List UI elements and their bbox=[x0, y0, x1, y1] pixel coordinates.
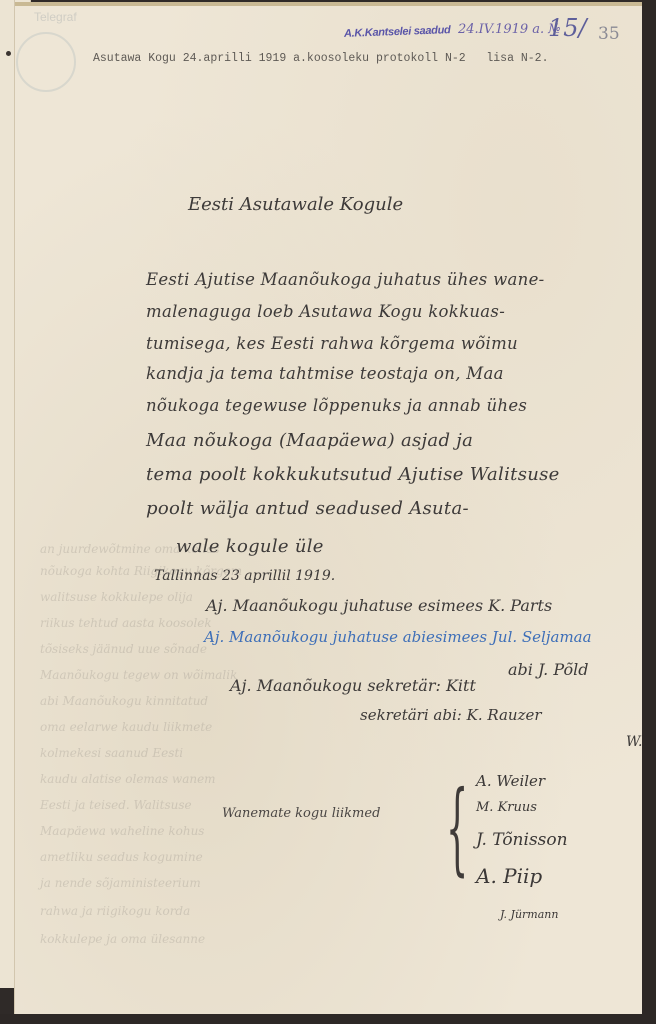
signature-role: abi bbox=[508, 660, 533, 679]
body-line: nõukoga tegewuse lõppenuks ja annab ühes bbox=[146, 396, 527, 415]
scan-background-bottom bbox=[0, 1014, 656, 1024]
body-line: wale kogule üle bbox=[176, 536, 324, 557]
signature-role: Aj. Maanõukogu sekretär: bbox=[230, 676, 441, 695]
body-line: malenaguga loeb Asutawa Kogu kokkuas- bbox=[146, 302, 505, 321]
stamp-date: 24.IV.1919 a. № bbox=[458, 22, 561, 37]
witness-signature: J. Jürmann bbox=[500, 908, 558, 921]
bleed-through-line: abi Maanõukogu kinnitatud bbox=[40, 694, 208, 708]
witness-signature: M. Kruus bbox=[476, 800, 537, 815]
bleed-through-line: ametliku seadus kogumine bbox=[40, 850, 203, 864]
signature-role: Aj. Maanõukogu juhatuse abiesimees bbox=[204, 628, 487, 646]
bleed-through-line: walitsuse kokkulepe olija bbox=[40, 590, 193, 604]
signature-name: Jul. Seljamaa bbox=[492, 628, 592, 646]
signature-name: Kitt bbox=[446, 676, 476, 695]
body-line: poolt wälja antud seadused Asuta- bbox=[146, 498, 469, 519]
body-line: tema poolt kokkukutsutud Ajutise Walitsu… bbox=[146, 464, 560, 485]
bleed-through-line: kokkulepe ja oma ülesanne bbox=[40, 932, 205, 946]
signature-assistant: abi J. Põld bbox=[508, 660, 588, 679]
signature-chairman: Aj. Maanõukogu juhatuse esimees K. Parts bbox=[206, 596, 552, 615]
place-date-line: Tallinnas 23 aprillil 1919. bbox=[154, 568, 335, 584]
body-line: kandja ja tema tahtmise teostaja on, Maa bbox=[146, 364, 504, 383]
faint-stamp-label: Telegraf bbox=[34, 10, 77, 24]
bleed-through-line: rahwa ja riigikogu korda bbox=[40, 904, 190, 918]
binding-hole bbox=[6, 51, 11, 56]
bleed-through-line: Maanõukogu tegew on wõimalik bbox=[40, 668, 237, 682]
signature-vice-chairman: Aj. Maanõukogu juhatuse abiesimees Jul. … bbox=[204, 628, 592, 646]
curly-brace-icon: { bbox=[446, 772, 454, 884]
witness-signature: A. Weiler bbox=[476, 772, 545, 790]
signature-role: sekretäri abi: bbox=[360, 706, 462, 724]
scan-background-right bbox=[642, 0, 656, 1024]
typed-header: Asutawa Kogu 24.aprilli 1919 a.koosoleku… bbox=[93, 52, 548, 65]
bleed-through-line: ja nende sõjaministeerium bbox=[40, 876, 201, 890]
body-line: tumisega, kes Eesti rahwa kõrgema wõimu bbox=[146, 334, 518, 353]
stamp-number-sub: 35 bbox=[598, 24, 620, 44]
body-line: Eesti Ajutise Maanõukoga juhatus ühes wa… bbox=[146, 270, 545, 289]
signature-name: K. Parts bbox=[488, 596, 552, 615]
bleed-through-line: Eesti ja teised. Walitsuse bbox=[40, 798, 192, 812]
bleed-through-line: kolmekesi saanud Eesti bbox=[40, 746, 183, 760]
addressee: Eesti Asutawale Kogule bbox=[188, 194, 403, 215]
signature-secretary: Aj. Maanõukogu sekretär: Kitt bbox=[230, 676, 476, 695]
bleed-through-line: kaudu alatise olemas wanem bbox=[40, 772, 216, 786]
signature-role: Aj. Maanõukogu juhatuse esimees bbox=[206, 596, 483, 615]
signature-name: J. Põld bbox=[538, 660, 588, 679]
bleed-through-line: oma eelarwe kaudu liikmete bbox=[40, 720, 212, 734]
signature-name: K. Rauzer bbox=[467, 706, 542, 724]
witness-signature: A. Piip bbox=[476, 864, 542, 888]
stamp-number: 15/ bbox=[548, 14, 587, 42]
bleed-through-line: riikus tehtud aasta koosolek bbox=[40, 616, 212, 630]
signature-tail-mark: W. bbox=[626, 734, 642, 750]
elders-council-label: Wanemate kogu liikmed bbox=[222, 806, 380, 821]
page-fold-line bbox=[14, 0, 15, 1012]
faint-round-stamp-icon bbox=[16, 32, 76, 92]
body-line: Maa nõukoga (Maapäewa) asjad ja bbox=[146, 430, 473, 451]
bleed-through-line: Maapäewa waheline kohus bbox=[40, 824, 204, 838]
witness-signature: J. Tõnisson bbox=[476, 830, 568, 850]
bleed-through-line: tõsiseks jäänud uue sõnade bbox=[40, 642, 207, 656]
signature-assistant-secretary: sekretäri abi: K. Rauzer bbox=[360, 706, 542, 724]
